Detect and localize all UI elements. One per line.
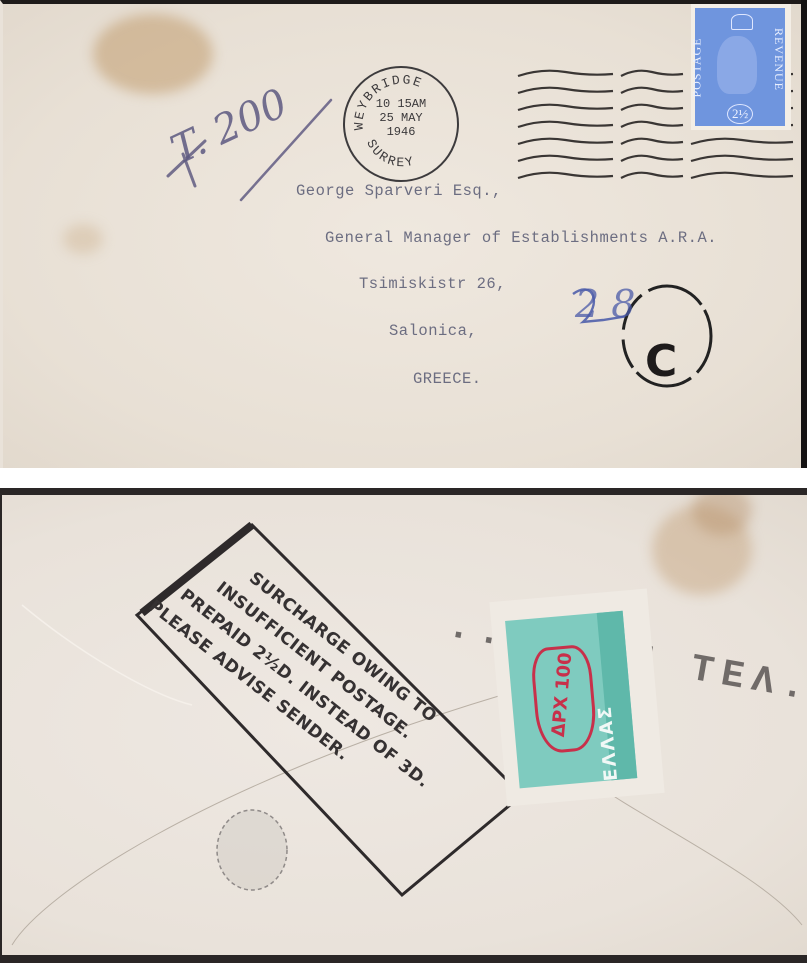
divider-gap	[0, 468, 807, 490]
stamp-greece: ΕΛΛΑΣ ΔΡΧ 100	[489, 589, 664, 807]
address-line-5: GREECE.	[413, 370, 482, 388]
circled-letter: C	[645, 336, 677, 387]
stamp-gb-frame: POSTAGE REVENUE 2½	[695, 8, 785, 126]
king-portrait	[717, 36, 757, 94]
stamp-revenue-text: REVENUE	[771, 28, 786, 91]
svg-text:SURREY: SURREY	[363, 137, 416, 171]
stamp-postage-text: POSTAGE	[690, 37, 705, 97]
address-line-1: George Sparveri Esq.,	[296, 182, 502, 200]
postmark-county: SURREY	[363, 137, 416, 171]
postmark-year: 1946	[345, 126, 457, 139]
stamp-gb: POSTAGE REVENUE 2½	[691, 4, 791, 130]
address-line-2: General Manager of Establishments A.R.A.	[325, 229, 717, 247]
address-line-4: Salonica,	[389, 322, 477, 340]
stamp-greece-frame: ΕΛΛΑΣ ΔΡΧ 100	[505, 611, 637, 789]
address-line-3: Tsimiskistr 26,	[359, 275, 506, 293]
crown-icon	[731, 14, 753, 30]
manuscript-numbers: 2 8	[575, 282, 635, 326]
postmark-date: 25 MAY	[345, 112, 457, 125]
scan-edge	[801, 0, 807, 470]
envelope-back: SURCHARGE OWING TO INSUFFICIENT POSTAGE.…	[0, 488, 807, 963]
postmark-time: 10 15AM	[345, 98, 457, 111]
envelope-front: T. 200 2 8 C WEYBRIDGE SURREY 10 15AM 25…	[0, 0, 801, 468]
postmark: WEYBRIDGE SURREY 10 15AM 25 MAY 1946	[343, 66, 459, 182]
stamp-value: 2½	[727, 104, 753, 124]
